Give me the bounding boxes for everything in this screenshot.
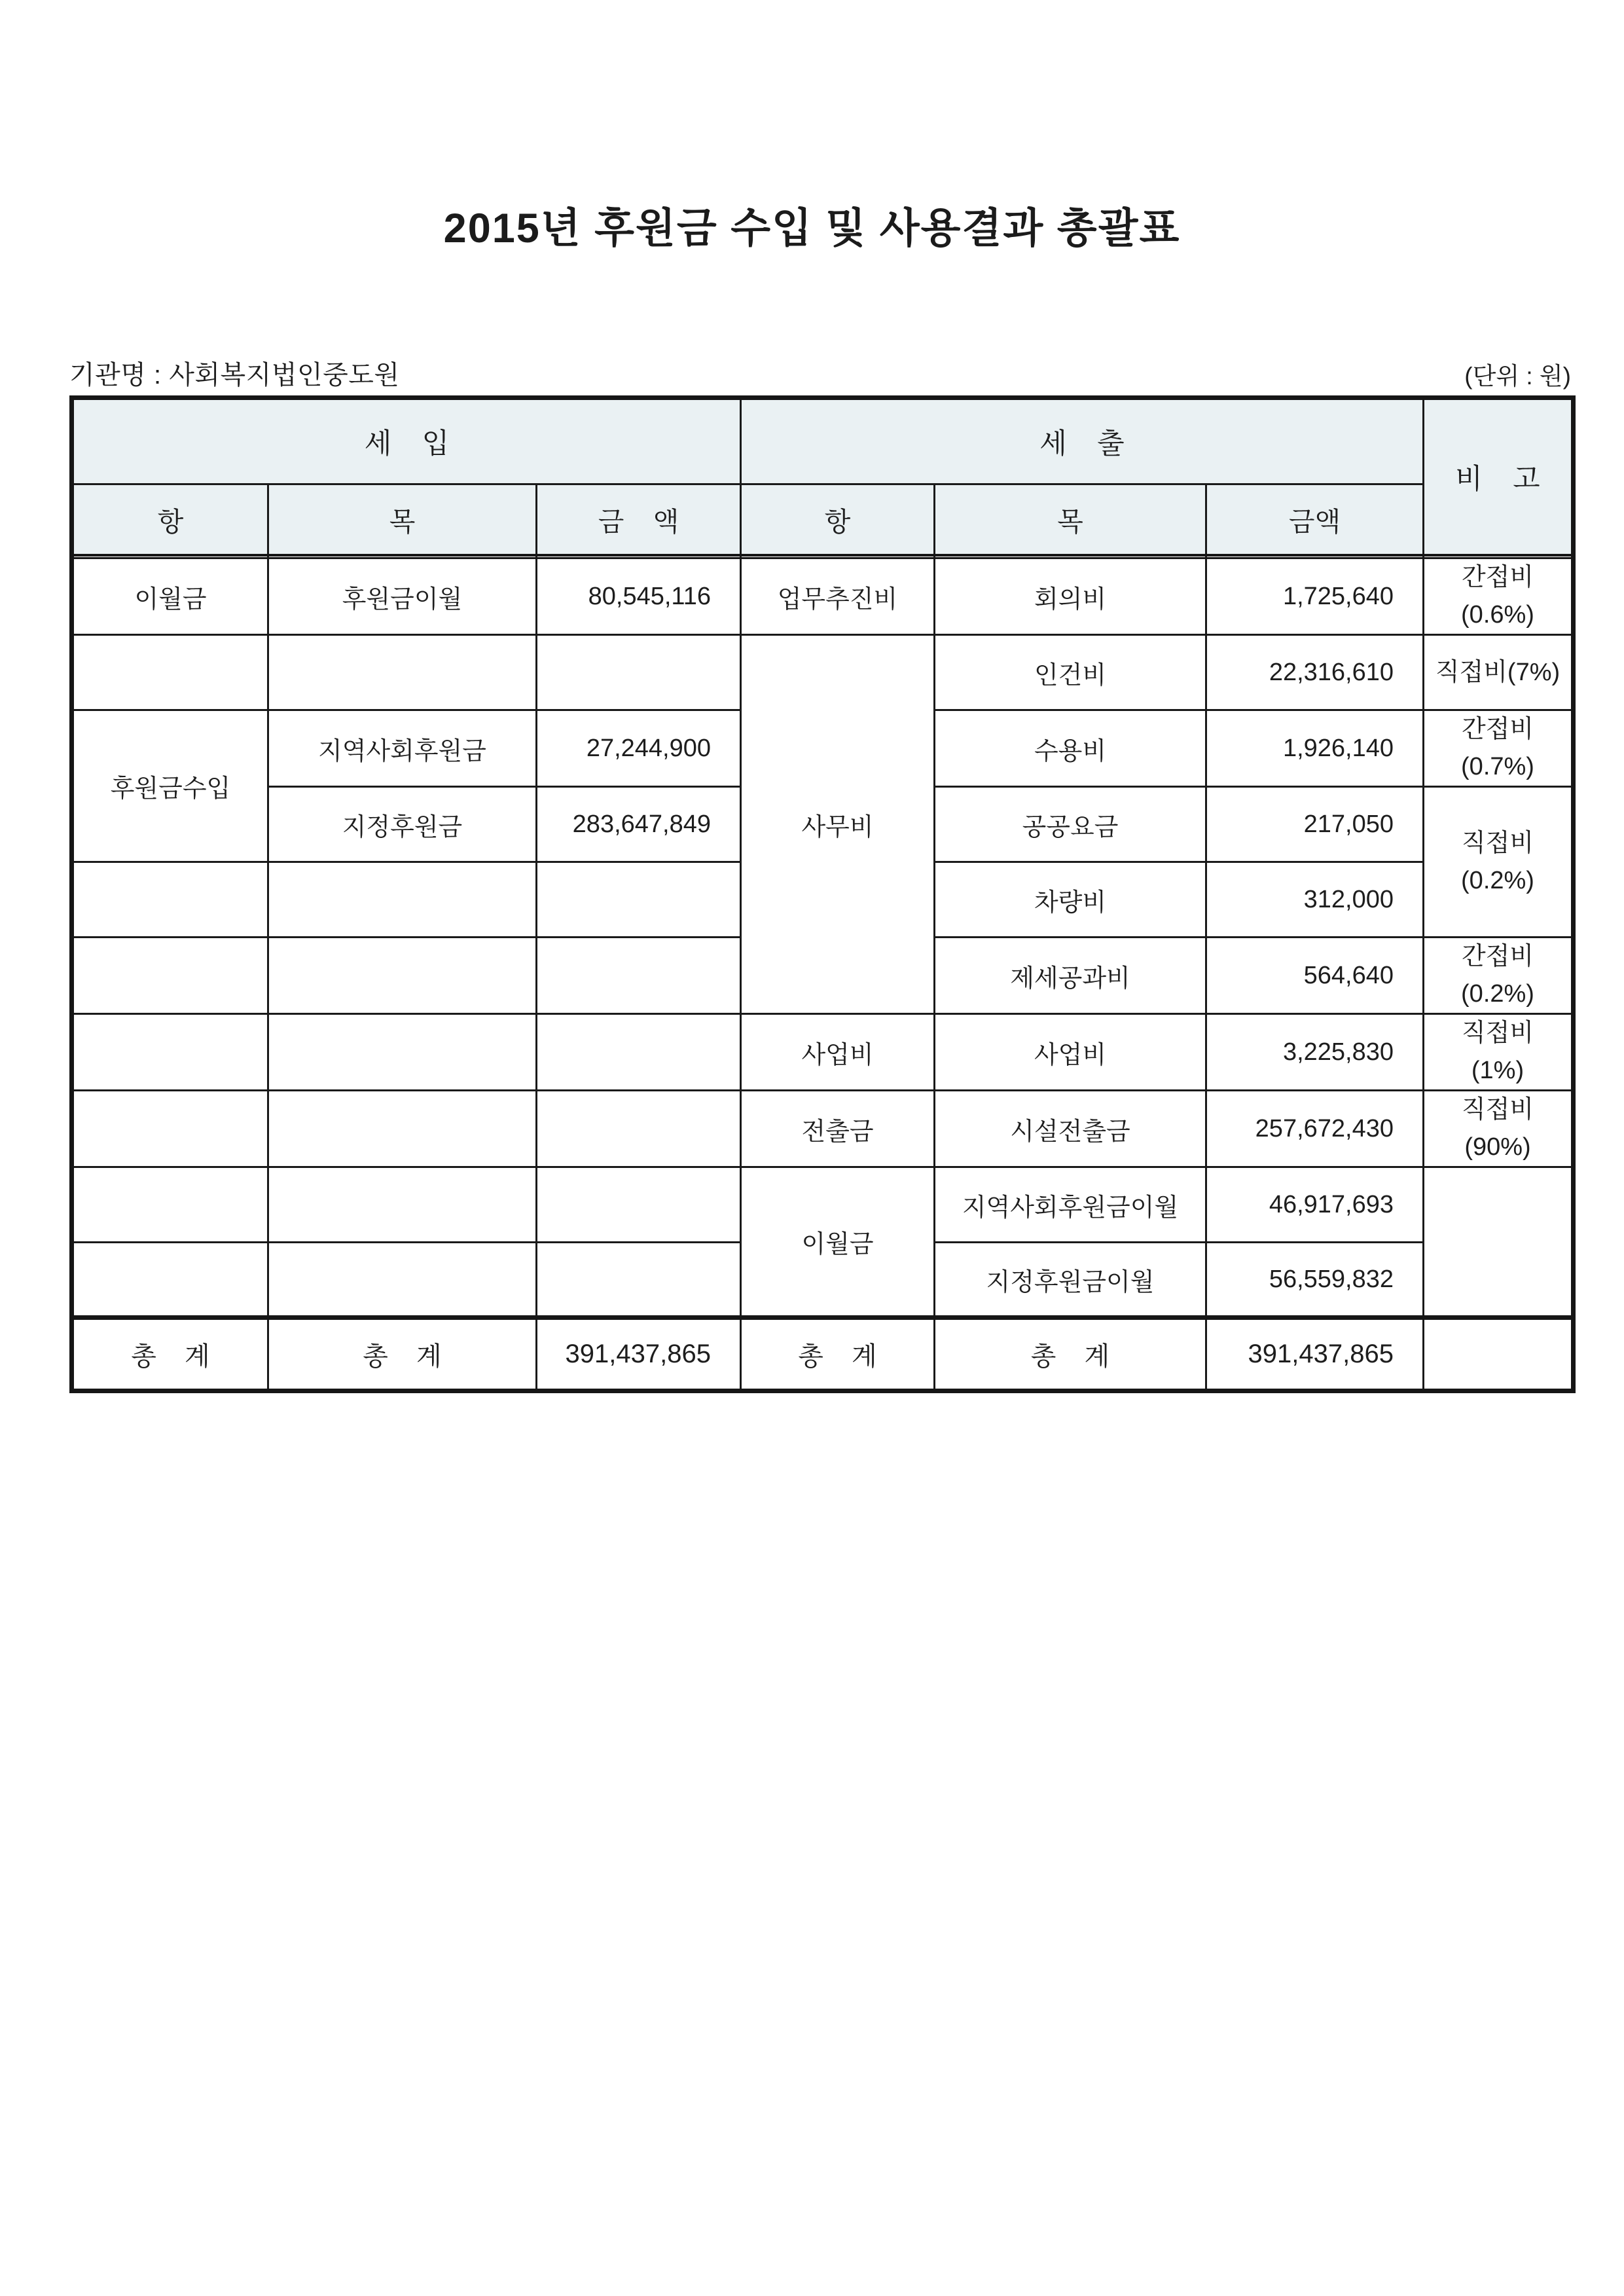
column-header-row: 항 목 금 액 항 목 금액 [72,484,1574,555]
income-mok-cell: 지역사회후원금 [268,710,537,787]
expense-amount-cell: 312,000 [1206,862,1424,938]
income-total-amount-cell: 391,437,865 [537,1318,741,1391]
expense-mok-cell: 공공요금 [935,787,1206,862]
expense-amount-cell: 22,316,610 [1206,635,1424,710]
expense-mok-cell: 수용비 [935,710,1206,787]
expense-mok-cell: 차량비 [935,862,1206,938]
organization-name-label: 기관명 : 사회복지법인중도원 [69,354,400,392]
income-amount-cell: 283,647,849 [537,787,741,862]
table-row: 사업비 사업비 3,225,830 직접비 (1%) [72,1014,1574,1091]
document-page: 2015년 후원금 수입 및 사용결과 총괄표 기관명 : 사회복지법인중도원 … [0,0,1624,2296]
expense-hang-cell: 전출금 [741,1091,935,1167]
expense-total-hang-cell: 총 계 [741,1318,935,1391]
empty-cell [268,938,537,1014]
empty-cell [268,862,537,938]
expense-amount-cell: 46,917,693 [1206,1167,1424,1243]
empty-cell [537,1014,741,1091]
empty-cell [268,1091,537,1167]
note-cell: 직접비 (0.2%) [1424,787,1574,938]
page-title: 2015년 후원금 수입 및 사용결과 총괄표 [0,0,1624,255]
empty-cell [268,1014,537,1091]
expense-amount-cell: 56,559,832 [1206,1243,1424,1318]
total-row: 총 계 총 계 391,437,865 총 계 총 계 391,437,865 [72,1318,1574,1391]
table-row: 사무비 인건비 22,316,610 직접비(7%) [72,635,1574,710]
expense-amount-cell: 217,050 [1206,787,1424,862]
empty-cell [537,1091,741,1167]
empty-cell [72,1167,268,1243]
empty-cell [72,1014,268,1091]
empty-cell [537,1167,741,1243]
expense-amount-cell: 564,640 [1206,938,1424,1014]
expense-mok-cell: 사업비 [935,1014,1206,1091]
expense-amount-cell: 3,225,830 [1206,1014,1424,1091]
note-cell: 간접비(0.7%) [1424,710,1574,787]
expense-hang-cell: 이월금 [741,1167,935,1318]
income-mok-cell: 후원금이월 [268,558,537,635]
donation-summary-table: 세 입 세 출 비 고 항 목 금 액 항 목 금액 [69,395,1576,1393]
empty-note-cell [1424,1318,1574,1391]
empty-cell [537,635,741,710]
expense-mok-header: 목 [935,484,1206,555]
note-cell: 직접비 (1%) [1424,1014,1574,1091]
table-row: 이월금 지역사회후원금이월 46,917,693 [72,1167,1574,1243]
expense-hang-cell: 사업비 [741,1014,935,1091]
expense-total-amount-cell: 391,437,865 [1206,1318,1424,1391]
empty-cell [268,635,537,710]
empty-cell [537,862,741,938]
expense-amount-cell: 1,926,140 [1206,710,1424,787]
meta-row: 기관명 : 사회복지법인중도원 (단위 : 원) [69,354,1571,392]
note-cell: 직접비 (90%) [1424,1091,1574,1167]
empty-cell [268,1167,537,1243]
income-amount-cell: 80,545,116 [537,558,741,635]
unit-label: (단위 : 원) [1464,356,1571,392]
expense-total-mok-cell: 총 계 [935,1318,1206,1391]
income-amount-cell: 27,244,900 [537,710,741,787]
income-group-header: 세 입 [72,398,741,484]
expense-amount-header: 금액 [1206,484,1424,555]
empty-cell [72,1243,268,1318]
expense-mok-cell: 제세공과비 [935,938,1206,1014]
empty-cell [72,635,268,710]
note-cell: 직접비(7%) [1424,635,1574,710]
note-column-header: 비 고 [1424,398,1574,555]
empty-cell [537,1243,741,1318]
note-cell: 간접비(0.6%) [1424,558,1574,635]
income-total-mok-cell: 총 계 [268,1318,537,1391]
income-amount-header: 금 액 [537,484,741,555]
expense-amount-cell: 257,672,430 [1206,1091,1424,1167]
income-hang-cell: 후원금수입 [72,710,268,862]
expense-mok-cell: 인건비 [935,635,1206,710]
income-hang-header: 항 [72,484,268,555]
expense-hang-header: 항 [741,484,935,555]
group-header-row: 세 입 세 출 비 고 [72,398,1574,484]
expense-mok-cell: 지정후원금이월 [935,1243,1206,1318]
income-mok-header: 목 [268,484,537,555]
income-total-hang-cell: 총 계 [72,1318,268,1391]
empty-cell [537,938,741,1014]
note-cell: 간접비 (0.2%) [1424,938,1574,1014]
table-row: 전출금 시설전출금 257,672,430 직접비 (90%) [72,1091,1574,1167]
expense-mok-cell: 지역사회후원금이월 [935,1167,1206,1243]
expense-amount-cell: 1,725,640 [1206,558,1424,635]
expense-mok-cell: 시설전출금 [935,1091,1206,1167]
expense-mok-cell: 회의비 [935,558,1206,635]
expense-group-header: 세 출 [741,398,1424,484]
income-mok-cell: 지정후원금 [268,787,537,862]
empty-cell [72,938,268,1014]
expense-hang-cell: 업무추진비 [741,558,935,635]
table-row: 이월금 후원금이월 80,545,116 업무추진비 회의비 1,725,640… [72,558,1574,635]
expense-hang-cell: 사무비 [741,635,935,1014]
empty-cell [72,862,268,938]
empty-cell [72,1091,268,1167]
income-hang-cell: 이월금 [72,558,268,635]
empty-cell [268,1243,537,1318]
empty-note-cell [1424,1167,1574,1318]
